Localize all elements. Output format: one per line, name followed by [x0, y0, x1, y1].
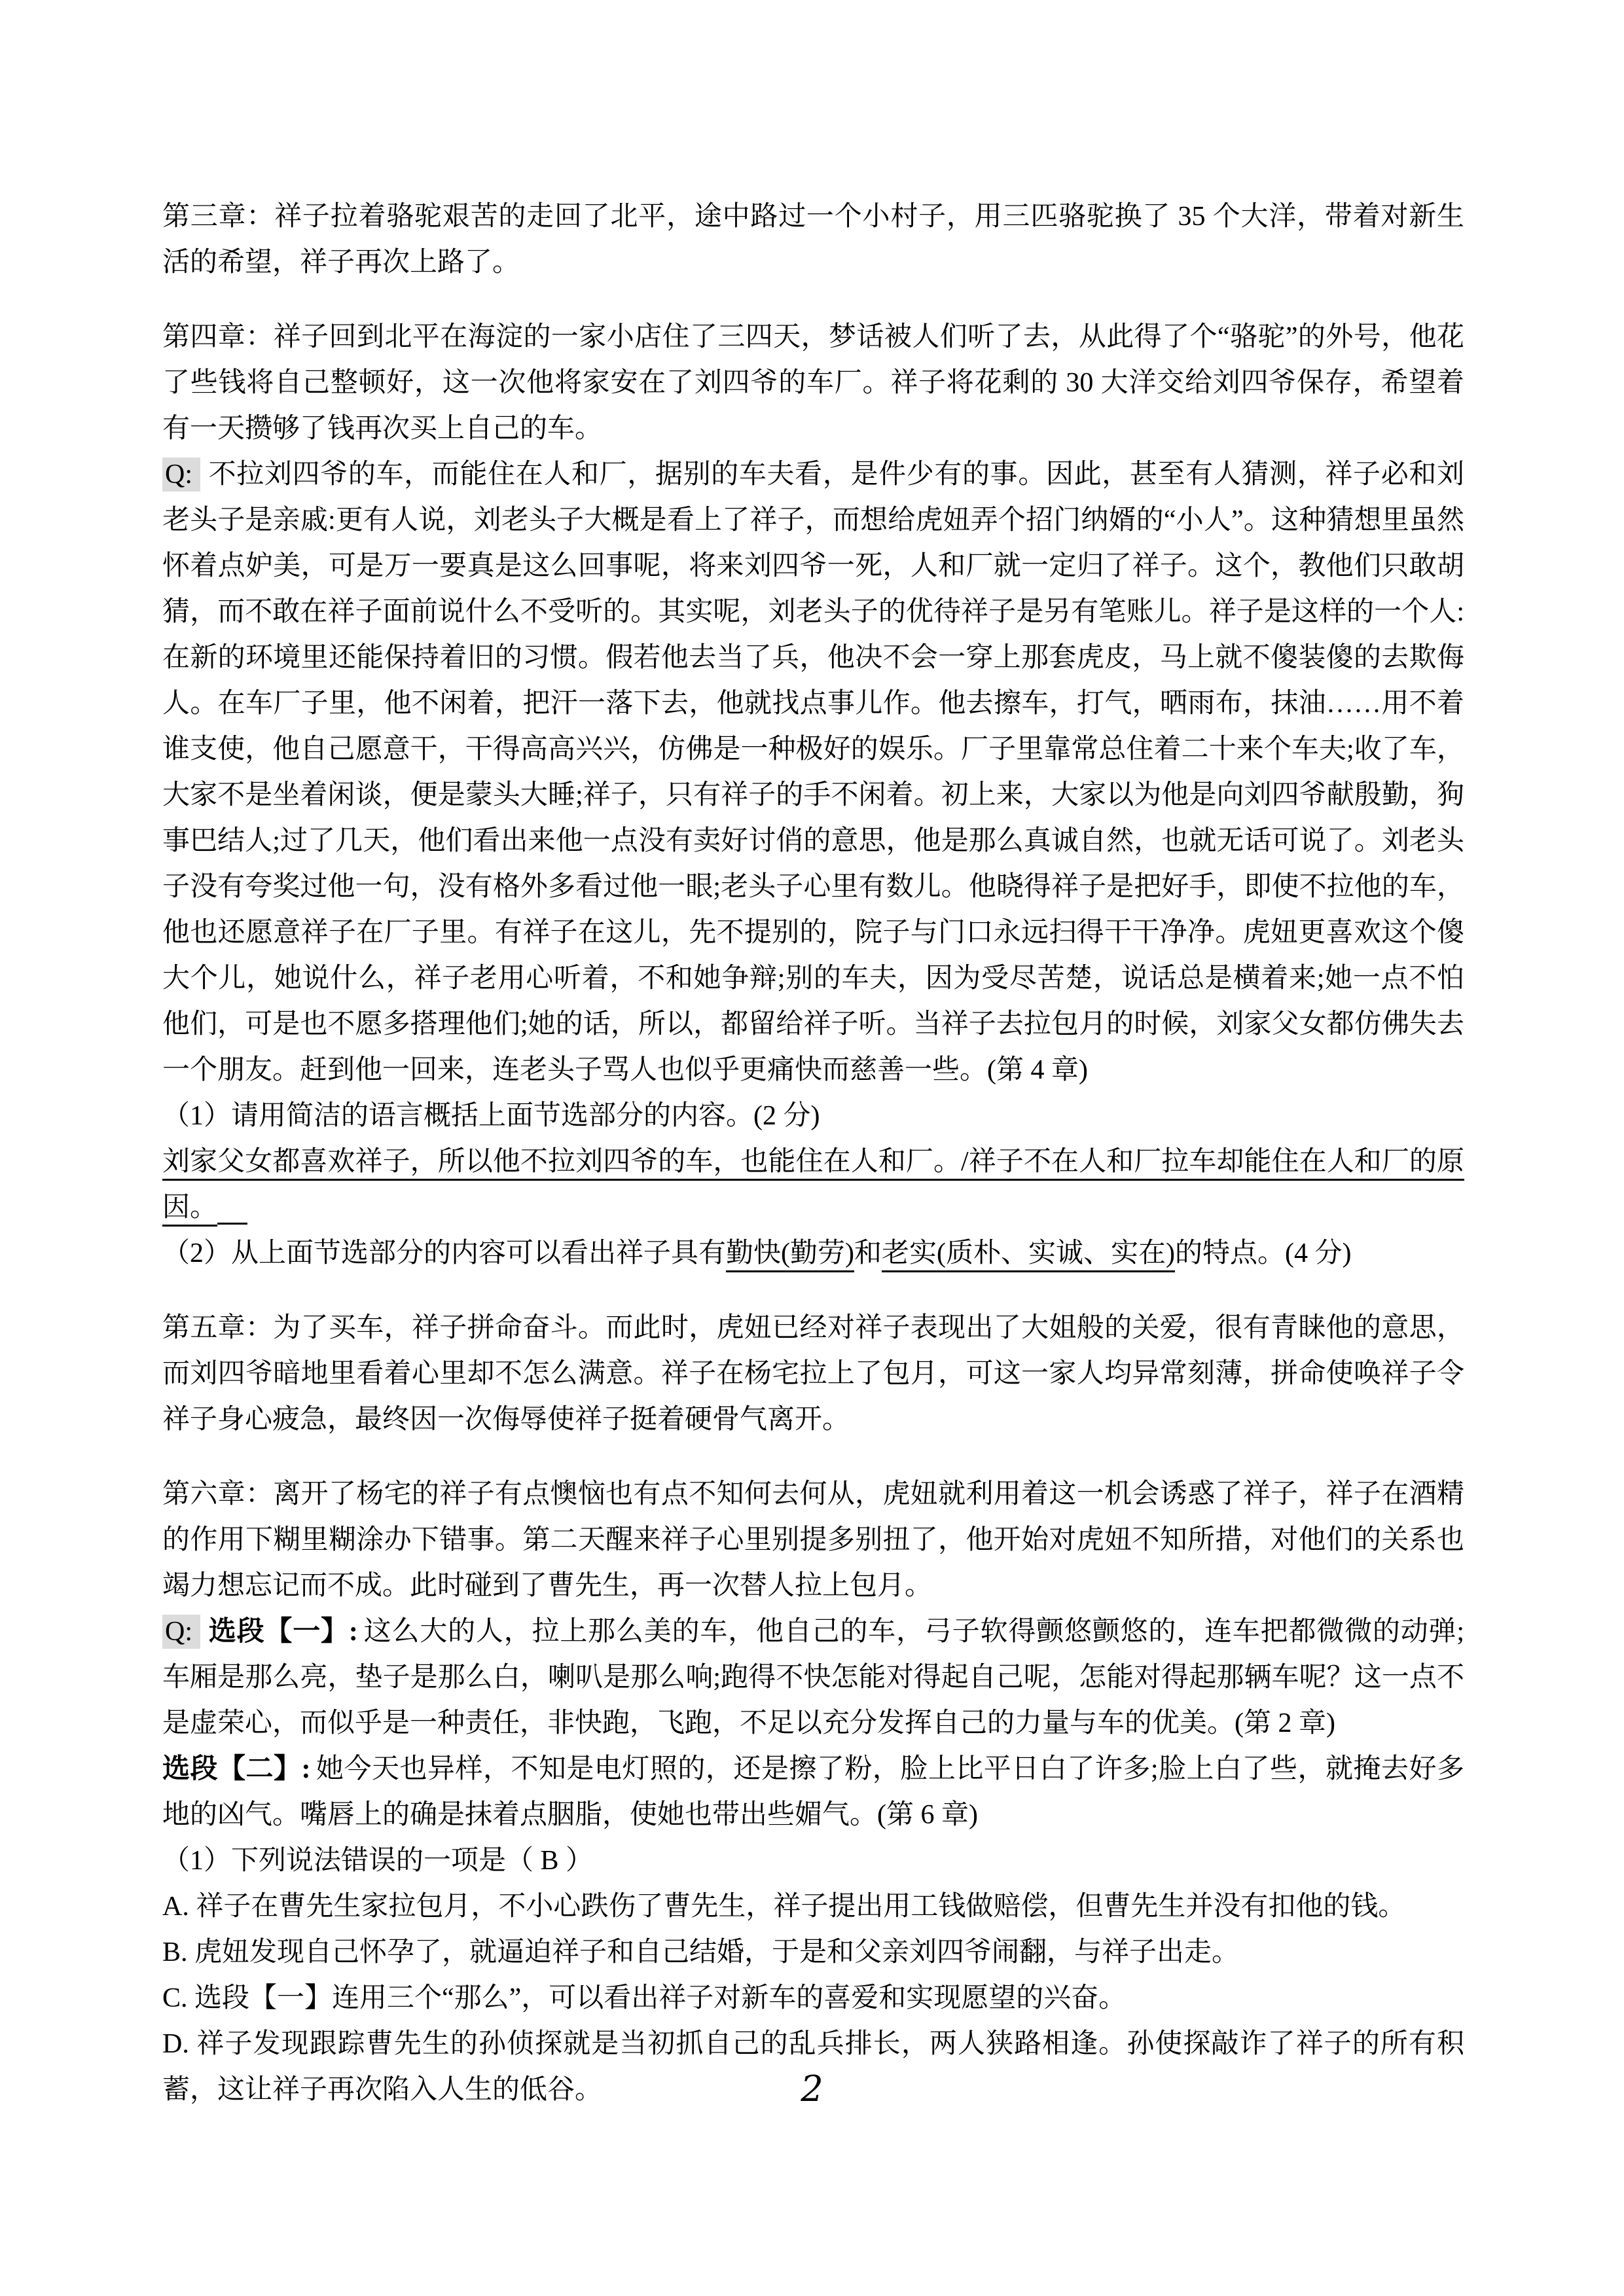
answer-1: 刘家父女都喜欢祥子，所以他不拉刘四爷的车，也能住在人和厂。/祥子不在人和厂拉车却…	[162, 1139, 1464, 1230]
document-page: 第三章：祥子拉着骆驼艰苦的走回了北平，途中路过一个小村子，用三匹骆驼换了 35 …	[0, 0, 1624, 2296]
subquestion-2-tail: 的特点。(4 分)	[1175, 1238, 1351, 1268]
subquestion-2-lead: （2）从上面节选部分的内容可以看出祥子具有	[162, 1238, 726, 1268]
paragraph-gap	[162, 1443, 1464, 1471]
mc-option-b: B. 虎妞发现自己怀孕了，就逼迫祥子和自己结婚，于是和父亲刘四爷闹翻，与祥子出走…	[162, 1929, 1464, 1975]
paragraph-gap	[162, 1276, 1464, 1305]
paragraph-gap	[162, 285, 1464, 314]
excerpt-1-label: 选段【一】:	[208, 1617, 358, 1647]
chapter5-summary: 第五章：为了买车，祥子拼命奋斗。而此时，虎妞已经对祥子表现出了大姐般的关爱，很有…	[162, 1305, 1464, 1443]
subquestion-2: （2）从上面节选部分的内容可以看出祥子具有勤快(勤劳)和老实(质朴、实诚、实在)…	[162, 1230, 1464, 1276]
answer-underline-tail	[217, 1211, 247, 1225]
chapter4-summary: 第四章：祥子回到北平在海淀的一家小店住了三四天，梦话被人们听了去，从此得了个“骆…	[162, 314, 1464, 452]
chapter6-summary: 第六章：离开了杨宅的祥子有点懊恼也有点不知何去何从，虎妞就利用着这一机会诱惑了祥…	[162, 1471, 1464, 1609]
q-highlight-badge: Q:	[162, 457, 200, 492]
mc-option-c: C. 选段【一】连用三个“那么”，可以看出祥子对新车的喜爱和实现愿望的兴奋。	[162, 1975, 1464, 2021]
q2-excerpt-1-paragraph: Q:选段【一】:这么大的人，拉上那么美的车，他自己的车，弓子软得颤悠颤悠的，连车…	[162, 1609, 1464, 1746]
mc-option-a: A. 祥子在曹先生家拉包月，不小心跌伤了曹先生，祥子提出用工钱做赔偿，但曹先生并…	[162, 1884, 1464, 1929]
q1-excerpt-paragraph: Q:不拉刘四爷的车，而能住在人和厂，据别的车夫看，是件少有的事。因此，甚至有人猜…	[162, 452, 1464, 1093]
excerpt-2-paragraph: 选段【二】:她今天也异样，不知是电灯照的，还是擦了粉，脸上比平日白了许多;脸上白…	[162, 1746, 1464, 1838]
mc-question: （1）下列说法错误的一项是（ B ）	[162, 1838, 1464, 1884]
answer-1-text: 刘家父女都喜欢祥子，所以他不拉刘四爷的车，也能住在人和厂。/祥子不在人和厂拉车却…	[162, 1147, 1464, 1223]
subquestion-2-connector: 和	[854, 1238, 882, 1268]
subquestion-1: （1）请用简洁的语言概括上面节选部分的内容。(2 分)	[162, 1093, 1464, 1139]
chapter3-summary: 第三章：祥子拉着骆驼艰苦的走回了北平，途中路过一个小村子，用三匹骆驼换了 35 …	[162, 194, 1464, 285]
page-number: 2	[0, 2068, 1624, 2109]
q-highlight-badge: Q:	[162, 1615, 200, 1649]
answer-trait-1: 勤快(勤劳)	[726, 1238, 854, 1268]
excerpt-2-text: 她今天也异样，不知是电灯照的，还是擦了粉，脸上比平日白了许多;脸上白了些，就掩去…	[162, 1754, 1464, 1830]
q1-excerpt-text: 不拉刘四爷的车，而能住在人和厂，据别的车夫看，是件少有的事。因此，甚至有人猜测，…	[162, 459, 1464, 1085]
answer-trait-2: 老实(质朴、实诚、实在)	[882, 1238, 1175, 1268]
document-content: 第三章：祥子拉着骆驼艰苦的走回了北平，途中路过一个小村子，用三匹骆驼换了 35 …	[0, 0, 1624, 2113]
excerpt-2-label: 选段【二】:	[162, 1754, 310, 1784]
